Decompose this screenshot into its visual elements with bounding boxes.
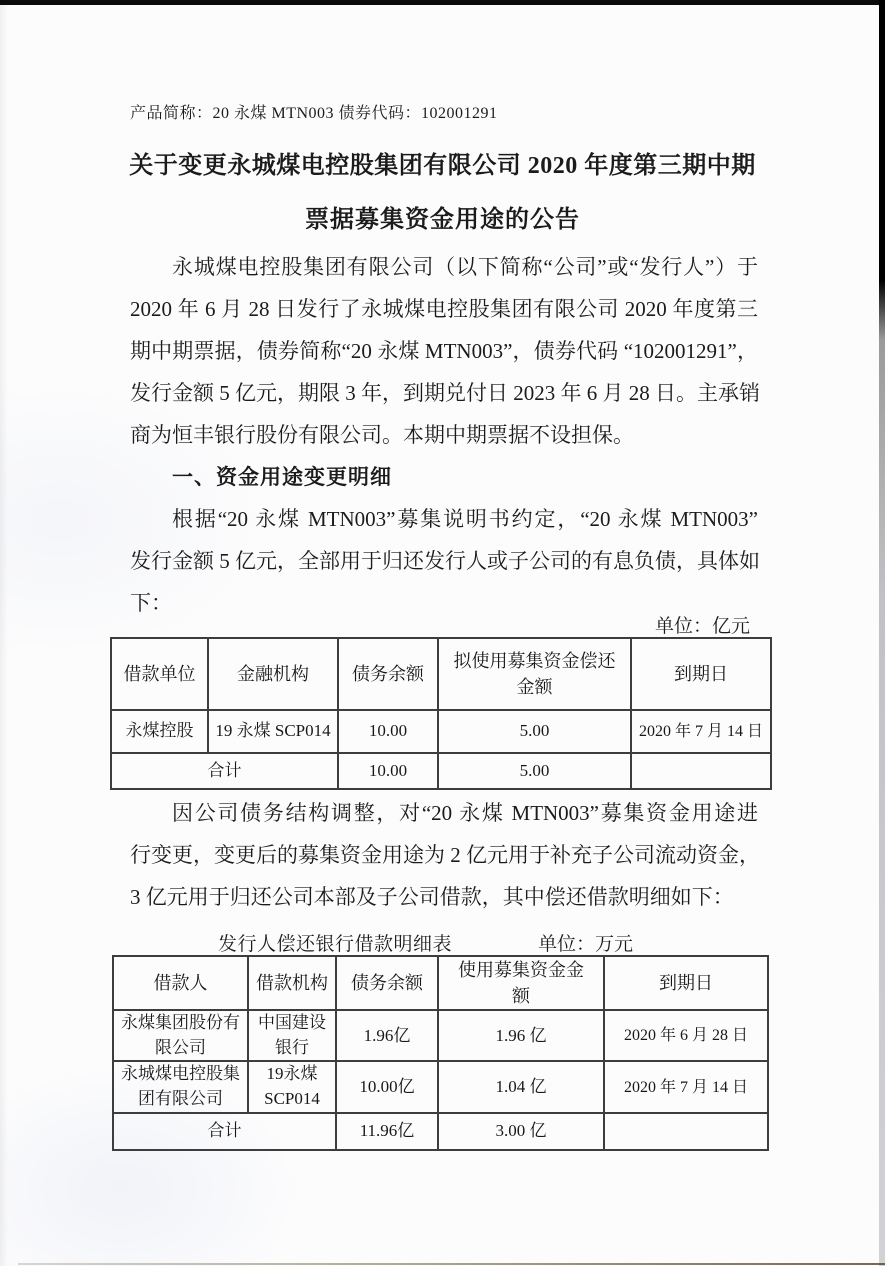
table2-total-label: 合计 <box>113 1113 336 1150</box>
table1-unit-label: 单位：亿元 <box>655 611 750 638</box>
paragraph-line: 永城煤电控股集团有限公司（以下简称“公司”或“发行人”）于 <box>130 246 758 288</box>
table1-header-debt-balance: 债务余额 <box>338 638 438 710</box>
paragraph-line: 商为恒丰银行股份有限公司。本期中期票据不设担保。 <box>130 414 758 456</box>
table-bank-loan-repayment-detail: 借款人 借款机构 债务余额 使用募集资金金额 到期日 永煤集团股份有限公司 中国… <box>112 955 769 1151</box>
section-heading: 一、资金用途变更明细 <box>130 456 758 498</box>
table1-total-repay-amount: 5.00 <box>438 753 631 789</box>
table2-total-row: 合计 11.96亿 3.00 亿 <box>113 1113 768 1150</box>
table2-total-due-date-empty <box>604 1113 768 1150</box>
table2-row: 永煤集团股份有限公司 中国建设银行 1.96亿 1.96 亿 2020 年 6 … <box>113 1010 768 1061</box>
table2-cell-use-amount: 1.04 亿 <box>438 1061 604 1112</box>
paragraph-line: 期中期票据，债券简称“20 永煤 MTN003”，债券代码 “102001291… <box>130 330 758 372</box>
document-title-line2: 票据募集资金用途的公告 <box>0 199 885 234</box>
table1-row: 永煤控股 19 永煤 SCP014 10.00 5.00 2020 年 7 月 … <box>111 710 771 753</box>
table1-cell-borrower: 永煤控股 <box>111 710 208 753</box>
table2-caption: 发行人偿还银行借款明细表 <box>218 929 452 956</box>
table2-cell-borrower: 永煤集团股份有限公司 <box>113 1010 248 1061</box>
body-text-block-1: 永城煤电控股集团有限公司（以下简称“公司”或“发行人”）于 2020 年 6 月… <box>130 246 758 624</box>
table2-total-debt-balance: 11.96亿 <box>336 1113 438 1150</box>
scan-edge-bottom <box>18 1263 885 1265</box>
paragraph-line: 根据“20 永煤 MTN003”募集说明书约定，“20 永煤 MTN003” <box>130 498 758 540</box>
paragraph-line: 因公司债务结构调整，对“20 永煤 MTN003”募集资金用途进 <box>130 792 758 834</box>
table1-header-institution: 金融机构 <box>208 638 338 710</box>
table1-total-due-date-empty <box>631 753 771 789</box>
product-code-line: 产品简称：20 永煤 MTN003 债券代码：102001291 <box>130 100 498 123</box>
table2-cell-institution: 19永煤 SCP014 <box>248 1061 336 1112</box>
table2-header-row: 借款人 借款机构 债务余额 使用募集资金金额 到期日 <box>113 956 768 1010</box>
table1-total-label: 合计 <box>111 753 338 789</box>
table1-header-due-date: 到期日 <box>631 638 771 710</box>
paragraph-line: 3 亿元用于归还公司本部及子公司借款，其中偿还借款明细如下： <box>130 876 758 918</box>
table1-cell-due-date: 2020 年 7 月 14 日 <box>631 710 771 753</box>
table1-cell-institution: 19 永煤 SCP014 <box>208 710 338 753</box>
document-title-line1: 关于变更永城煤电控股集团有限公司 2020 年度第三期中期 <box>0 145 885 180</box>
paragraph-line: 行变更，变更后的募集资金用途为 2 亿元用于补充子公司流动资金， <box>130 834 758 876</box>
table2-cell-use-amount: 1.96 亿 <box>438 1010 604 1061</box>
scan-edge-right <box>879 0 885 1266</box>
table1-total-debt-balance: 10.00 <box>338 753 438 789</box>
scan-edge-left <box>0 0 8 1266</box>
table2-header-debt-balance: 债务余额 <box>336 956 438 1010</box>
table1-cell-debt-balance: 10.00 <box>338 710 438 753</box>
paragraph-line: 2020 年 6 月 28 日发行了永城煤电控股集团有限公司 2020 年度第三 <box>130 288 758 330</box>
scan-edge-top <box>0 0 885 5</box>
table2-header-use-amount: 使用募集资金金额 <box>438 956 604 1010</box>
table1-header-repay-amount: 拟使用募集资金偿还金额 <box>438 638 631 710</box>
table1-total-row: 合计 10.00 5.00 <box>111 753 771 789</box>
table2-cell-borrower: 永城煤电控股集团有限公司 <box>113 1061 248 1112</box>
table2-cell-institution: 中国建设银行 <box>248 1010 336 1061</box>
table2-cell-debt-balance: 1.96亿 <box>336 1010 438 1061</box>
table2-unit-label: 单位：万元 <box>538 929 633 956</box>
table-loan-change-detail: 借款单位 金融机构 债务余额 拟使用募集资金偿还金额 到期日 永煤控股 19 永… <box>110 637 772 790</box>
body-text-block-2: 因公司债务结构调整，对“20 永煤 MTN003”募集资金用途进 行变更，变更后… <box>130 792 758 918</box>
table1-cell-repay-amount: 5.00 <box>438 710 631 753</box>
table2-cell-debt-balance: 10.00亿 <box>336 1061 438 1112</box>
table1-header-borrower: 借款单位 <box>111 638 208 710</box>
table2-cell-due-date: 2020 年 7 月 14 日 <box>604 1061 768 1112</box>
table2-total-use-amount: 3.00 亿 <box>438 1113 604 1150</box>
table2-cell-due-date: 2020 年 6 月 28 日 <box>604 1010 768 1061</box>
table2-header-due-date: 到期日 <box>604 956 768 1010</box>
table2-header-institution: 借款机构 <box>248 956 336 1010</box>
table2-header-borrower: 借款人 <box>113 956 248 1010</box>
table2-row: 永城煤电控股集团有限公司 19永煤 SCP014 10.00亿 1.04 亿 2… <box>113 1061 768 1112</box>
paragraph-line: 发行金额 5 亿元，全部用于归还发行人或子公司的有息负债，具体如 <box>130 540 758 582</box>
table1-header-row: 借款单位 金融机构 债务余额 拟使用募集资金偿还金额 到期日 <box>111 638 771 710</box>
paragraph-line: 发行金额 5 亿元，期限 3 年，到期兑付日 2023 年 6 月 28 日。主… <box>130 372 758 414</box>
scanned-document-page: 产品简称：20 永煤 MTN003 债券代码：102001291 关于变更永城煤… <box>0 0 885 1266</box>
